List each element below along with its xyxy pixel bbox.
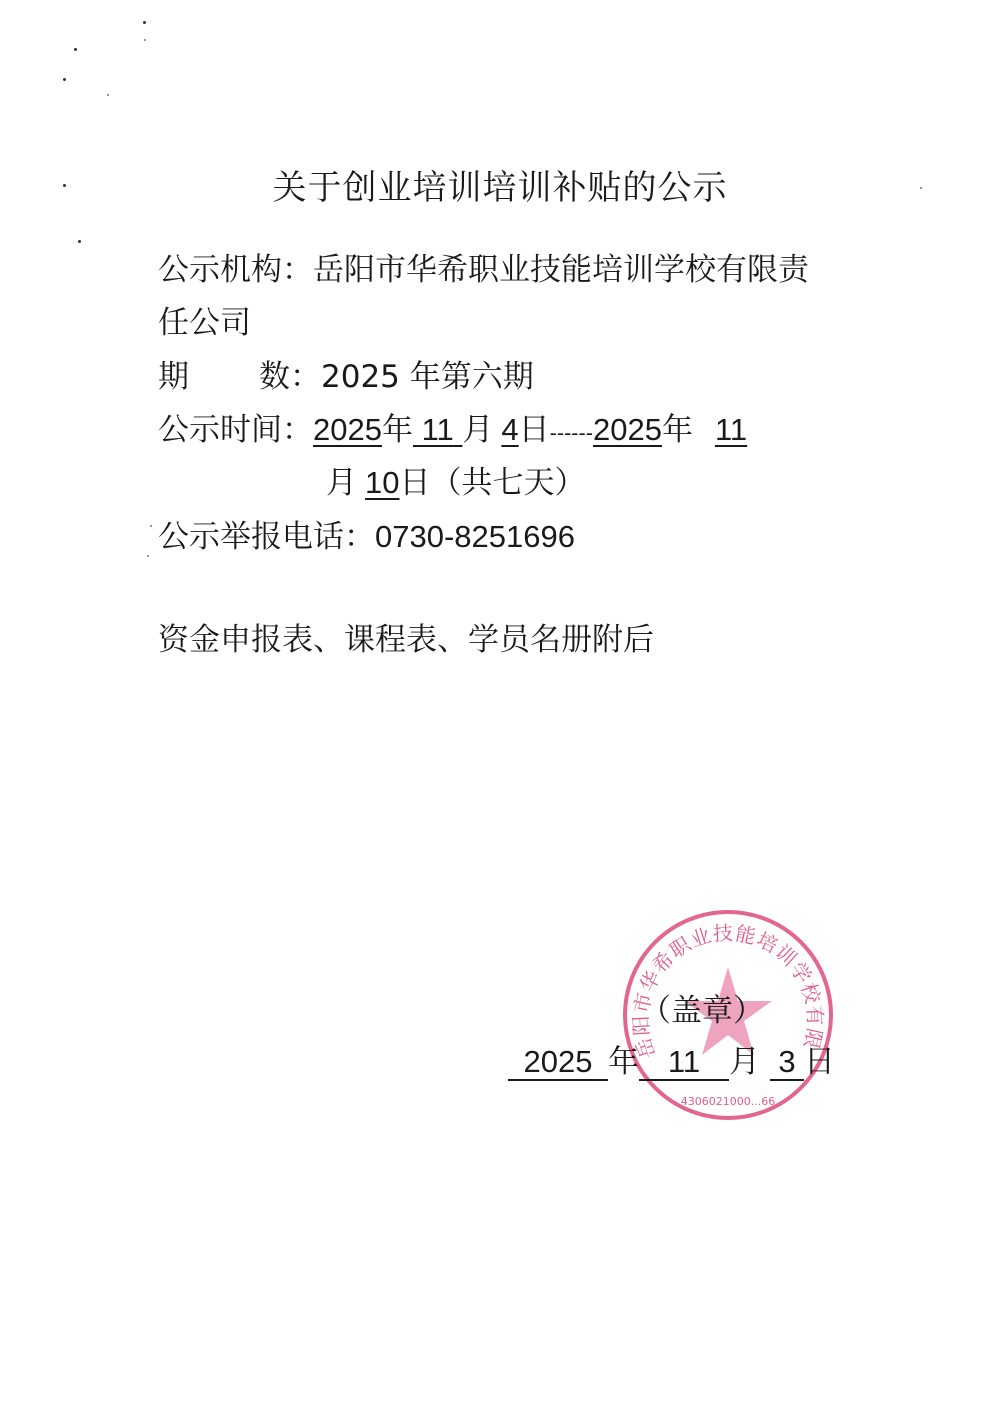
scan-speck	[144, 39, 146, 41]
day-char: 日	[519, 412, 550, 448]
duration-note: （共七天）	[430, 465, 585, 501]
scan-speck	[107, 94, 109, 96]
hotline-value: 0730-8251696	[375, 519, 575, 554]
scan-speck	[143, 21, 146, 24]
period-value: 2025 年第六期	[321, 359, 534, 395]
institution-name-continued: 任公司	[158, 305, 251, 341]
publicity-time-label: 公示时间：	[158, 412, 313, 448]
date-separator: ------	[550, 421, 593, 445]
scan-speck	[74, 48, 77, 51]
institution-row: 公示机构：岳阳市华希职业技能培训学校有限责	[158, 250, 809, 290]
start-month: 11	[413, 412, 462, 447]
period-label: 期	[158, 359, 189, 395]
end-month: 11	[715, 412, 747, 447]
seal-label: （盖章）	[640, 985, 764, 1030]
institution-label: 公示机构：	[158, 252, 313, 288]
start-year: 2025	[313, 412, 382, 447]
signing-date: 2025年11月3日	[508, 1040, 835, 1084]
attachments-note: 资金申报表、课程表、学员名册附后	[158, 620, 654, 660]
hotline-label: 公示举报电话：	[158, 519, 375, 555]
scan-speck	[78, 240, 81, 243]
day-char: 日	[804, 1044, 835, 1080]
month-char: 月	[729, 1044, 760, 1080]
signing-day: 3	[770, 1045, 804, 1081]
institution-row-continued: 任公司	[158, 303, 251, 343]
scan-speck	[150, 525, 152, 527]
year-char: 年	[382, 412, 413, 448]
period-row: 期数：2025 年第六期	[158, 357, 534, 397]
start-day: 4	[501, 412, 518, 447]
document-title: 关于创业培训培训补贴的公示	[0, 160, 1000, 209]
end-year: 2025	[593, 412, 662, 447]
signing-month: 11	[639, 1045, 729, 1081]
day-char: 日	[399, 465, 430, 501]
year-char: 年	[662, 412, 693, 448]
period-label-suffix: 数：	[259, 359, 321, 395]
scan-speck	[147, 555, 149, 557]
signing-year: 2025	[508, 1045, 608, 1081]
month-char: 月	[326, 465, 357, 501]
publicity-time-row-continued: 月10日（共七天）	[326, 463, 585, 503]
seal-code: 4306021000...66	[681, 1095, 775, 1108]
scan-speck	[63, 78, 66, 81]
year-char: 年	[608, 1044, 639, 1080]
institution-name: 岳阳市华希职业技能培训学校有限责	[313, 252, 809, 288]
month-char: 月	[462, 412, 493, 448]
publicity-time-row: 公示时间：2025年 11 月4日------2025年11	[158, 410, 747, 453]
end-day: 10	[365, 465, 399, 500]
hotline-row: 公示举报电话：0730-8251696	[158, 517, 575, 557]
